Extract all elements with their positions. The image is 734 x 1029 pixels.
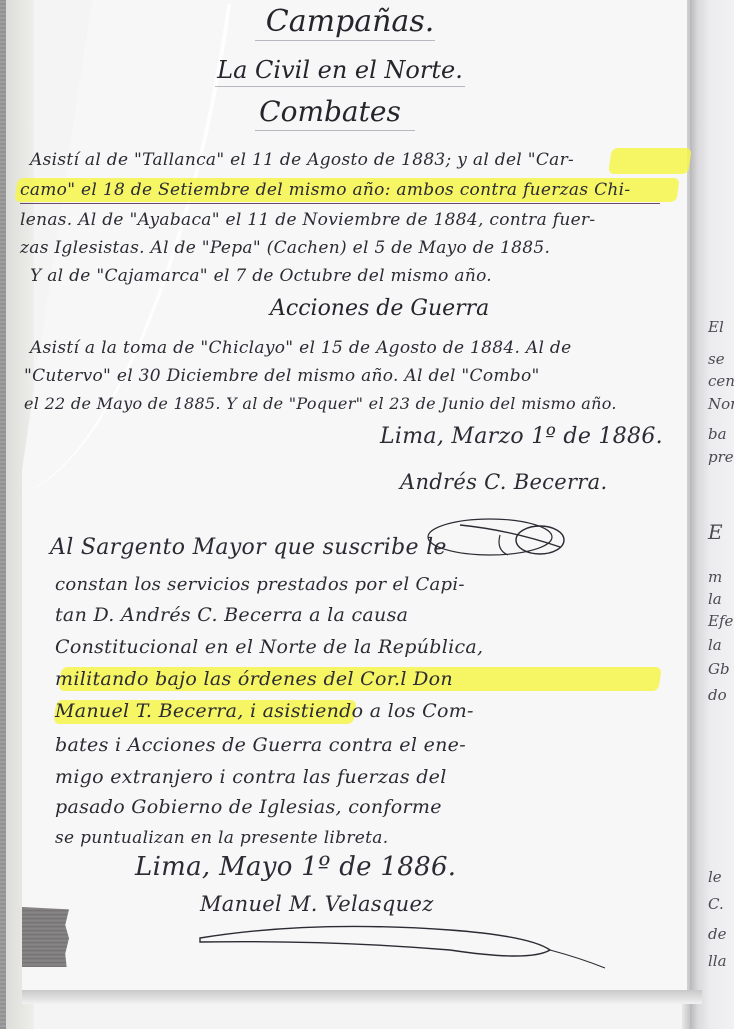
certification-line: migo extranjero i contra las fuerzas del: [55, 766, 447, 788]
second-signature: Manuel M. Velasquez: [200, 892, 434, 916]
acciones-line: "Cutervo" el 30 Diciembre del mismo año.…: [24, 366, 540, 386]
heading-combats: Combates: [255, 95, 405, 128]
facing-page-text: E: [708, 520, 723, 544]
certification-line: Constitucional en el Norte de la Repúbli…: [55, 636, 483, 658]
heading-actions: Acciones de Guerra: [270, 296, 460, 321]
facing-page-text: cen: [708, 372, 734, 390]
certification-line: militando bajo las órdenes del Cor.l Don: [55, 668, 453, 690]
facing-page-text: la: [708, 636, 722, 654]
facing-page-text: pre: [708, 448, 734, 466]
combates-line: Y al de "Cajamarca" el 7 de Octubre del …: [30, 266, 492, 286]
certification-line: Manuel T. Becerra, i asistiendo a los Co…: [55, 700, 474, 722]
acciones-line: Asistí a la toma de "Chiclayo" el 15 de …: [30, 338, 571, 358]
highlight: [608, 148, 692, 174]
combates-line: zas Iglesistas. Al de "Pepa" (Cachen) el…: [20, 238, 550, 258]
facing-page-text: de: [708, 925, 726, 943]
certification-salutation: Al Sargento Mayor que suscribe le: [50, 535, 447, 560]
facing-page-text: Nor: [708, 395, 734, 413]
facing-page-text: Efe: [708, 612, 733, 630]
certification-line: pasado Gobierno de Iglesias, conforme: [55, 796, 442, 818]
combates-line: camo" el 18 de Setiembre del mismo año: …: [20, 180, 630, 200]
certification-line: bates i Acciones de Guerra contra el ene…: [55, 734, 466, 756]
heading-subtitle: La Civil en el Norte.: [210, 56, 470, 84]
combates-line: lenas. Al de "Ayabaca" el 11 de Noviembr…: [20, 210, 595, 230]
combates-line: Asistí al de "Tallanca" el 11 de Agosto …: [30, 150, 574, 170]
signature-flourish: [190, 920, 610, 970]
certification-line: constan los servicios prestados por el C…: [55, 574, 465, 595]
facing-page-text: Gb: [708, 660, 730, 678]
acciones-line: el 22 de Mayo de 1885. Y al de "Poquer" …: [24, 394, 617, 413]
facing-page-text: C.: [708, 895, 724, 913]
heading-underline: [215, 86, 465, 87]
heading-underline: [255, 130, 415, 131]
first-place-date: Lima, Marzo 1º de 1886.: [380, 424, 663, 449]
facing-page-text: El: [708, 318, 724, 336]
facing-page-text: m: [708, 568, 722, 586]
facing-page-text: ba: [708, 425, 727, 443]
page-fold: [0, 0, 231, 519]
facing-page-text: se: [708, 350, 725, 368]
tape-mark: [22, 907, 69, 967]
page-bottom-shadow: [22, 990, 702, 1004]
first-signature: Andrés C. Becerra.: [400, 470, 607, 494]
second-place-date: Lima, Mayo 1º de 1886.: [135, 852, 456, 882]
line-rule: [20, 203, 660, 204]
certification-line: tan D. Andrés C. Becerra a la causa: [55, 604, 408, 626]
heading-underline: [255, 40, 435, 41]
certification-line: se puntualizan en la presente libreta.: [55, 828, 388, 848]
facing-page-text: lla: [708, 952, 727, 970]
scanned-document: Campañas. La Civil en el Norte. Combates…: [0, 0, 734, 1029]
facing-page-text: le: [708, 868, 722, 886]
facing-page-text: la: [708, 590, 722, 608]
heading-campaigns: Campañas.: [255, 4, 445, 39]
facing-page-text: do: [708, 686, 727, 704]
